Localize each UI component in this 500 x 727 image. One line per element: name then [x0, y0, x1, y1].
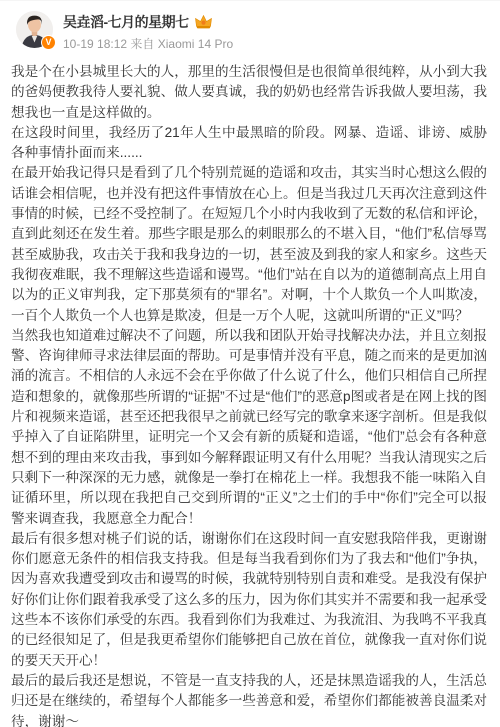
source-label: 来自 — [130, 37, 154, 51]
post-paragraph-3: 在最开始我记得只是看到了几个特别荒诞的造谣和攻击，其实当时心想这么假的话谁会相信… — [11, 163, 487, 325]
post-paragraph-6: 最后的最后我还是想说，不管是一直支持我的人，还是抹黑造谣我的人，生活总归还是在继… — [11, 671, 487, 727]
post-paragraph-2: 在这段时间里，我经历了21年人生中最黑暗的阶段。网暴、造谣、诽谤、威胁各种事情扑… — [11, 123, 487, 164]
device-source-link[interactable]: Xiaomi 14 Pro — [158, 37, 233, 51]
post-header: V 吴垚滔-七月的星期七 10-19 18:12 来自 Xiaomi 14 Pr… — [0, 1, 500, 53]
post-paragraph-1: 我是个在小县城里长大的人，那里的生活很慢但是也很简单很纯粹，从小到大我的爸妈便教… — [11, 62, 487, 123]
weibo-post: V 吴垚滔-七月的星期七 10-19 18:12 来自 Xiaomi 14 Pr… — [0, 0, 500, 727]
post-body: 我是个在小县城里长大的人，那里的生活很慢但是也很简单很纯粹，从小到大我的爸妈便教… — [0, 53, 500, 727]
post-meta: 10-19 18:12 来自 Xiaomi 14 Pro — [63, 35, 233, 52]
avatar[interactable]: V — [16, 11, 53, 48]
username[interactable]: 吴垚滔-七月的星期七 — [63, 12, 189, 32]
vip-crown-icon — [195, 14, 212, 29]
post-paragraph-4: 当然我也知道难过解决不了问题，所以我和团队开始寻找解决办法，并且立刻报警、咨询律… — [11, 326, 487, 529]
name-row: 吴垚滔-七月的星期七 — [63, 12, 233, 31]
verified-badge-icon: V — [41, 35, 56, 50]
timestamp: 10-19 18:12 — [63, 37, 127, 51]
header-text: 吴垚滔-七月的星期七 10-19 18:12 来自 Xiaomi 14 Pro — [63, 11, 233, 52]
post-paragraph-5: 最后有很多想对桃子们说的话，谢谢你们在这段时间一直安慰我陪伴我，更谢谢你们愿意无… — [11, 529, 487, 671]
